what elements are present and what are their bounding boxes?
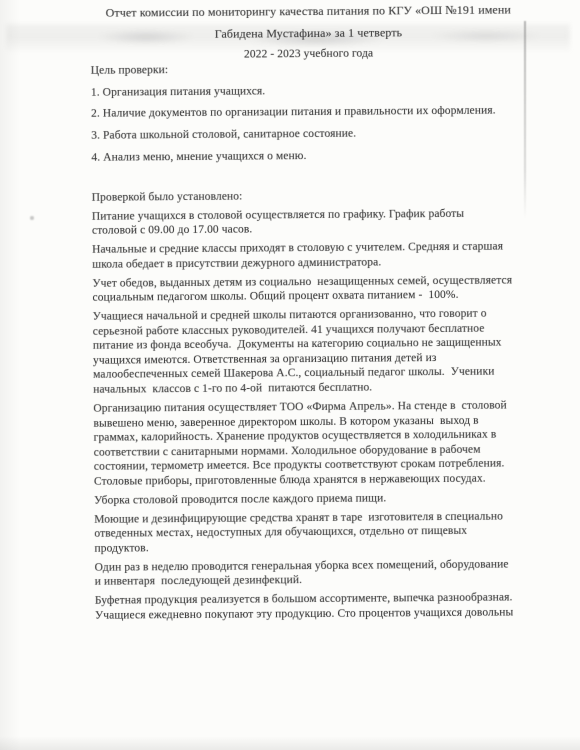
paragraph-free-meals: Учащиеся начальной и средней школы питаю… xyxy=(93,306,530,397)
paragraph-detergents: Моющие и дезинфицирующие средства хранят… xyxy=(94,509,530,556)
purpose-item-4: 4. Анализ меню, мнение учащихся о меню. xyxy=(91,147,527,165)
scan-shadow-left xyxy=(0,0,20,750)
scanned-report-page: Отчет комиссии по мониторингу качества п… xyxy=(0,0,580,750)
paragraph-schedule: Питание учащихся в столовой осуществляет… xyxy=(92,206,528,239)
scan-speck xyxy=(30,216,34,220)
paragraph-catering-company: Организацию питания осуществляет ТОО «Фи… xyxy=(93,398,530,489)
findings-heading: Проверкой было установлено: xyxy=(92,187,528,205)
purpose-item-3: 3. Работа школьной столовой, санитарное … xyxy=(91,125,527,143)
paragraph-classes-visit: Начальные и средние классы приходят в ст… xyxy=(92,239,528,272)
document-body: Отчет комиссии по мониторингу качества п… xyxy=(90,0,531,623)
report-title: Отчет комиссии по мониторингу качества п… xyxy=(90,0,526,46)
purpose-item-1: 1. Организация питания учащихся. xyxy=(91,82,527,100)
purpose-item-2: 2. Наличие документов по организации пит… xyxy=(91,104,527,122)
paragraph-buffet: Буфетная продукция реализуется в большом… xyxy=(95,591,531,624)
paragraph-cleaning: Уборка столовой проводится после каждого… xyxy=(94,490,530,508)
paragraph-meal-accounting: Учет обедов, выданных детям из социально… xyxy=(92,273,528,306)
paragraph-general-cleaning: Один раз в неделю проводится генеральная… xyxy=(95,557,531,590)
scan-shadow-bottom xyxy=(0,736,580,750)
